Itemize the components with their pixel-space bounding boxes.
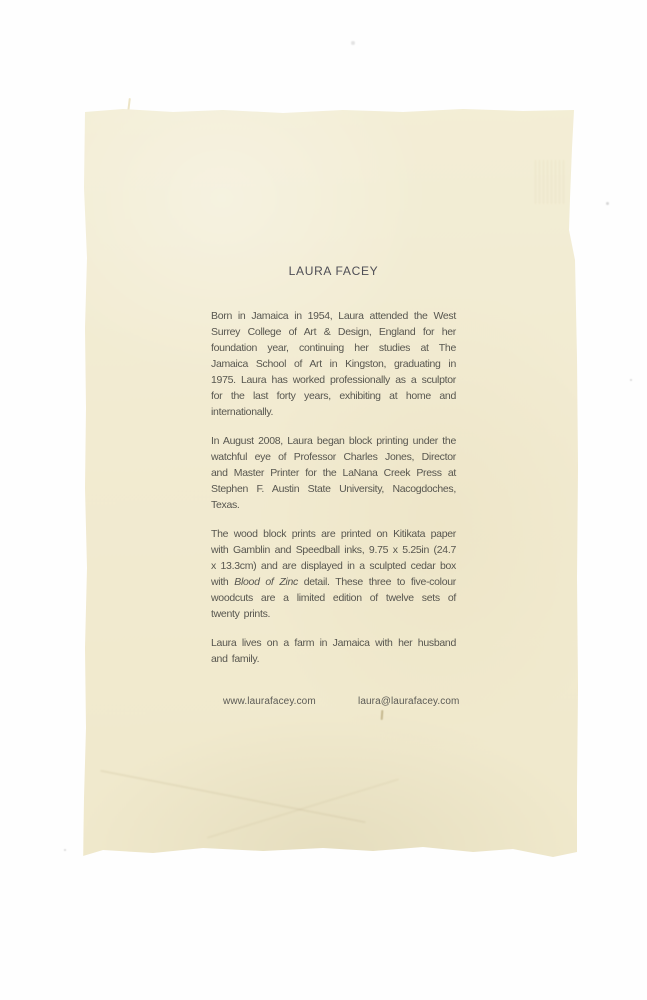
dust-speck (630, 379, 632, 381)
bio-paragraph-4: Laura lives on a farm in Jamaica with he… (211, 635, 456, 667)
artwork-title-italic: Blood of Zinc (234, 576, 298, 588)
scanned-page: LAURA FACEY Born in Jamaica in 1954, Lau… (0, 0, 647, 1000)
paper-crease (207, 779, 399, 838)
scan-striation-artifact (535, 160, 567, 204)
bio-paragraph-1: Born in Jamaica in 1954, Laura attended … (211, 308, 456, 420)
paper-sheet: LAURA FACEY Born in Jamaica in 1954, Lau… (83, 108, 579, 858)
bio-paragraph-2: In August 2008, Laura began block printi… (211, 433, 456, 513)
bio-text-block: LAURA FACEY Born in Jamaica in 1954, Lau… (211, 263, 456, 710)
paper-fleck (381, 710, 384, 720)
email-address: laura@laurafacey.com (358, 696, 459, 707)
bio-paragraph-3: The wood block prints are printed on Kit… (211, 526, 456, 622)
dust-speck (64, 849, 66, 851)
dust-speck (351, 41, 355, 45)
website-url: www.laurafacey.com (223, 696, 316, 707)
dust-speck (606, 202, 609, 205)
contact-row: www.laurafacey.com laura@laurafacey.com (211, 696, 456, 710)
page-title: LAURA FACEY (211, 263, 456, 279)
paper-crease (100, 770, 365, 823)
